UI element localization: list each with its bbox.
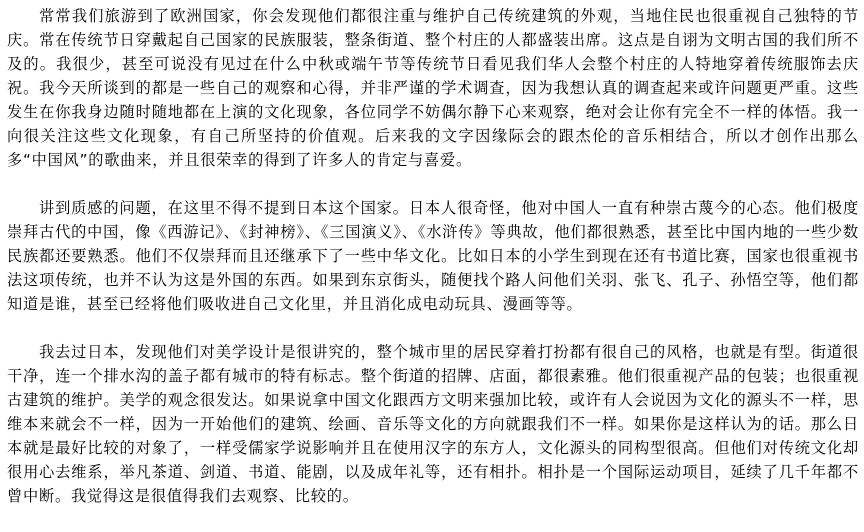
paragraph-japan-aesthetics: 我去过日本，发现他们对美学设计是很讲究的，整个城市里的居民穿着打扮都有很自己的风… bbox=[7, 340, 859, 480]
paragraph-japan-reverence: 讲到质感的问题，在这里不得不提到日本这个国家。日本人很奇怪，他对中国人一直有种崇… bbox=[7, 196, 859, 316]
article-body: 常常我们旅游到了欧洲国家，你会发现他们都很注重与维护自己传统建筑的外观，当地住民… bbox=[7, 4, 859, 480]
paragraph-european-traditions: 常常我们旅游到了欧洲国家，你会发现他们都很注重与维护自己传统建筑的外观，当地住民… bbox=[7, 4, 859, 172]
